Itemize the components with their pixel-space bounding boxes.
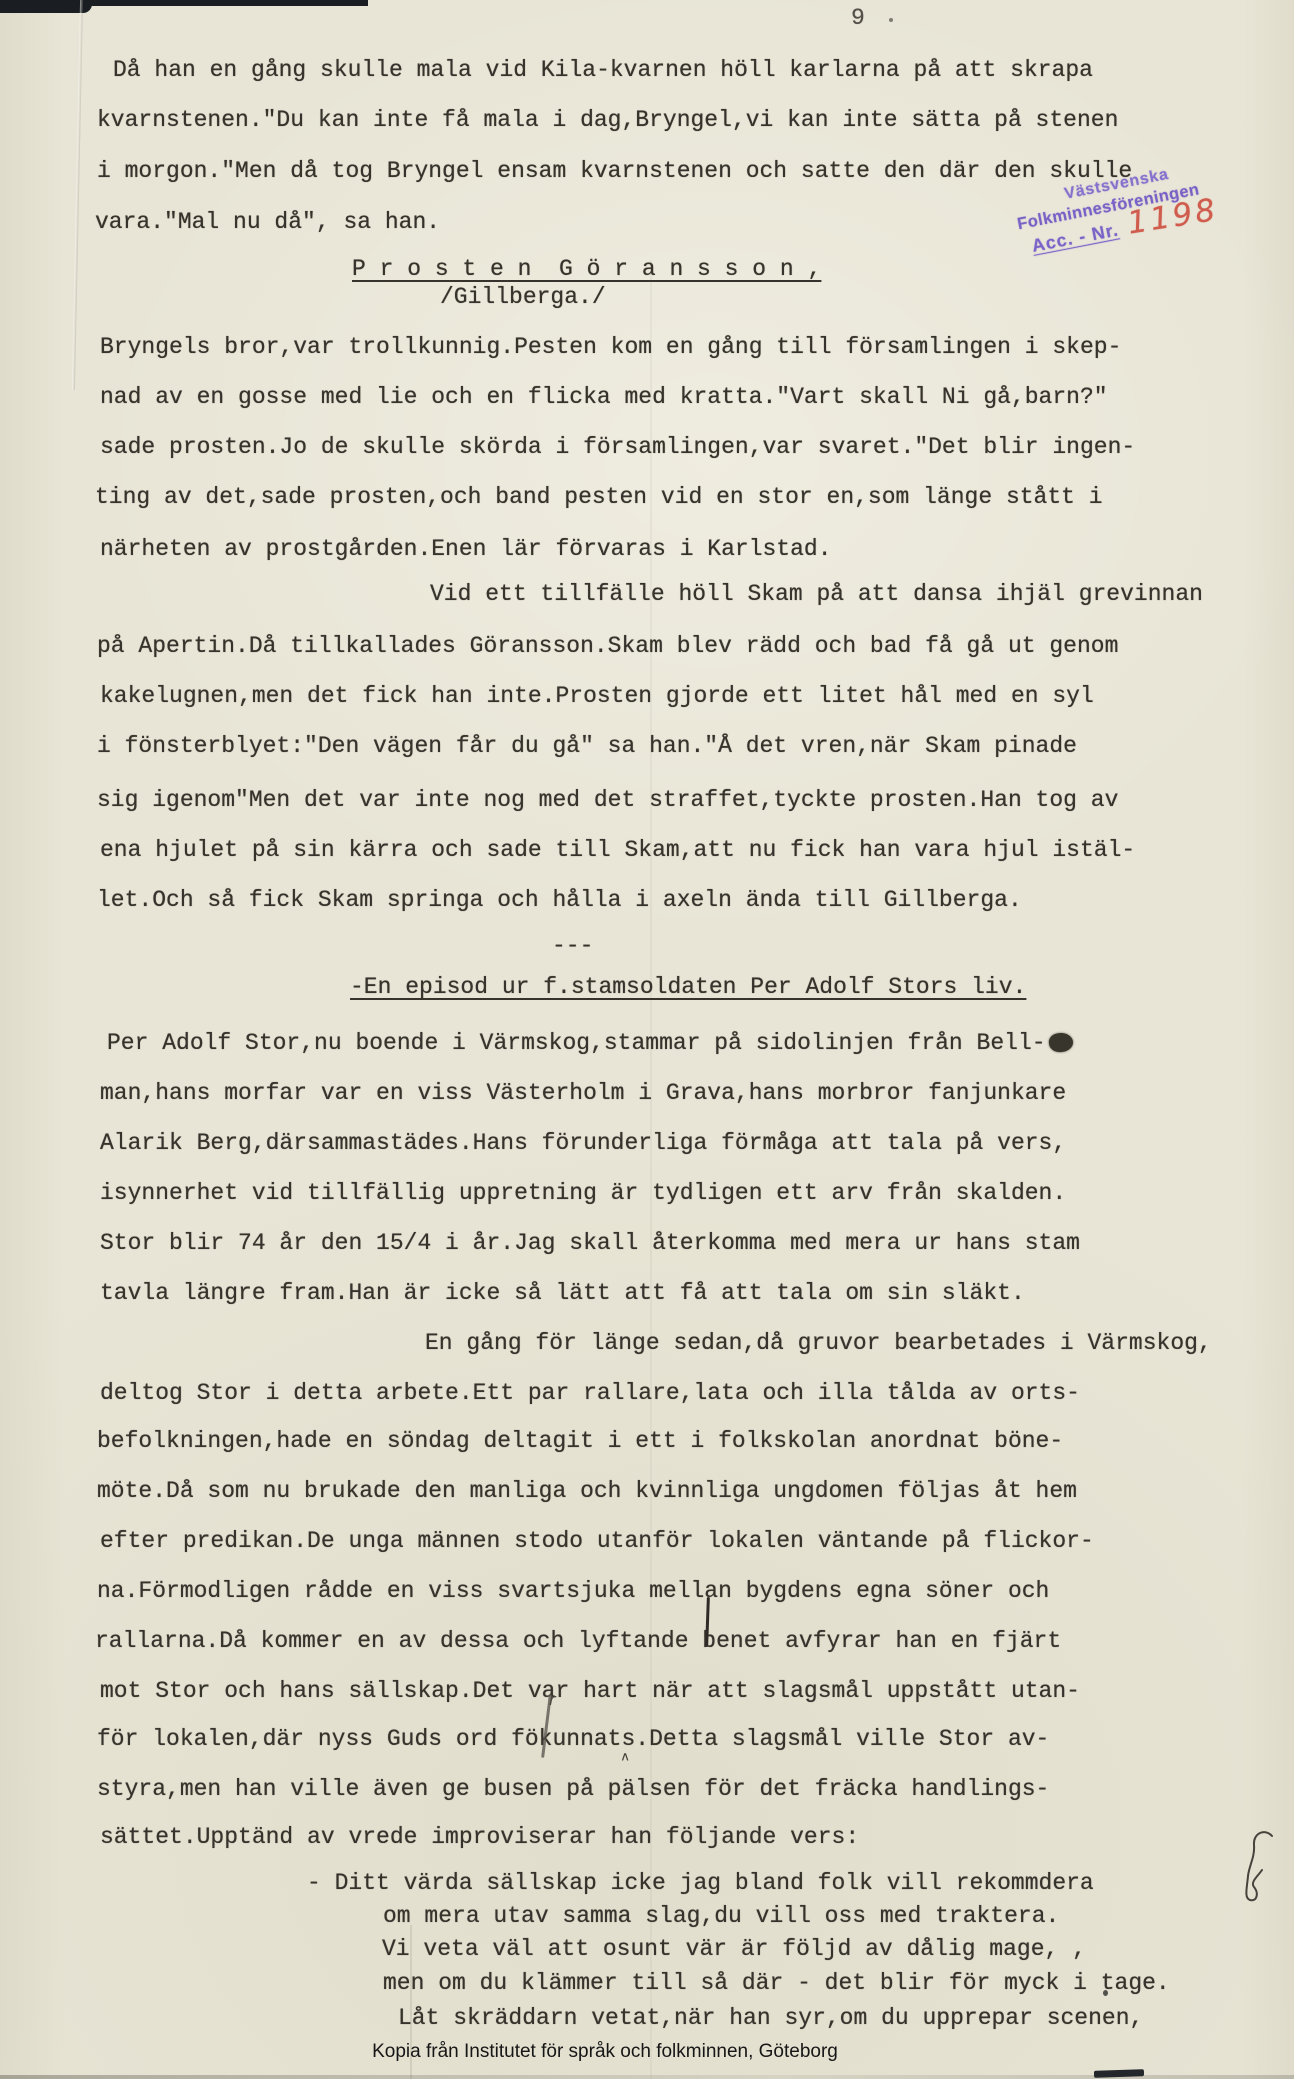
paper-crease-center (650, 260, 652, 2079)
text-line: sade prosten.Jo de skulle skörda i försa… (100, 434, 1135, 461)
separator: --- (552, 933, 593, 960)
text-line: Stor blir 74 år den 15/4 i år.Jag skall … (100, 1230, 1080, 1257)
text-line: kakelugnen,men det fick han inte.Prosten… (100, 683, 1094, 710)
text-line: mot Stor och hans sällskap.Det var hart … (100, 1678, 1080, 1705)
text-line: deltog Stor i detta arbete.Ett par ralla… (100, 1380, 1080, 1407)
text-line: Då han en gång skulle mala vid Kila-kvar… (113, 57, 1093, 84)
text-line: let.Och så fick Skam springa och hålla i… (97, 887, 1022, 914)
text-line: man,hans morfar var en viss Västerholm i… (100, 1080, 1066, 1107)
text-line: sig igenom"Men det var inte nog med det … (97, 787, 1118, 814)
text-line: för lokalen,där nyss Guds ord fökunnats.… (97, 1726, 1049, 1753)
handwritten-squiggle-mark (1238, 1830, 1280, 1908)
text-line: ena hjulet på sin kärra och sade till Sk… (100, 837, 1135, 864)
caret-mark: ∧ (620, 1750, 630, 1764)
section-heading: P r o s t e n G ö r a n s s o n , (352, 256, 821, 283)
text-line: Vid ett tillfälle höll Skam på att dansa… (430, 581, 1203, 608)
text-line: vara."Mal nu då", sa han. (95, 209, 440, 236)
text-line: tavla längre fram.Han är icke så lätt at… (100, 1280, 1025, 1307)
page-number: 9 (851, 5, 865, 31)
text-line: Alarik Berg,därsammastädes.Hans förunder… (100, 1130, 1066, 1157)
text-line: befolkningen,hade en söndag deltagit i e… (97, 1428, 1063, 1455)
text-line: nad av en gosse med lie och en flicka me… (100, 384, 1108, 411)
text-line: kvarnstenen."Du kan inte få mala i dag,B… (97, 107, 1118, 134)
page-number-speck (889, 18, 893, 22)
section-subheading: /Gillberga./ (440, 284, 606, 311)
text-line: i morgon."Men då tog Bryngel ensam kvarn… (97, 158, 1132, 185)
text-line: på Apertin.Då tillkallades Göransson.Ska… (97, 633, 1118, 660)
paper-crease-left (72, 0, 83, 390)
text-line: möte.Då som nu brukade den manliga och k… (97, 1478, 1077, 1505)
text-line: styra,men han ville även ge busen på päl… (97, 1776, 1049, 1803)
text-line: En gång för länge sedan,då gruvor bearbe… (425, 1330, 1212, 1357)
text-line: na.Förmodligen rådde en viss svartsjuka … (97, 1578, 1049, 1605)
text-line: rallarna.Då kommer en av dessa och lyfta… (95, 1628, 1061, 1655)
verse-line: men om du klämmer till så där - det blir… (383, 1970, 1170, 1997)
document-page: 9 Västsvenska Folkminnesföreningen Acc. … (0, 0, 1294, 2079)
text-line: ting av det,sade prosten,och band pesten… (95, 484, 1103, 511)
verse-line: Vi veta väl att osunt vär är följd av då… (382, 1936, 1086, 1963)
verse-line: Låt skräddarn vetat,när han syr,om du up… (398, 2005, 1143, 2032)
text-line: isynnerhet vid tillfällig uppretning är … (100, 1180, 1066, 1207)
ink-blot-overstrike (1048, 1032, 1074, 1053)
text-line: i fönsterblyet:"Den vägen får du gå" sa … (97, 733, 1077, 760)
pencil-dot (1103, 1990, 1108, 1996)
text-line: Per Adolf Stor,nu boende i Värmskog,stam… (107, 1030, 1046, 1057)
text-line: Bryngels bror,var trollkunnig.Pesten kom… (100, 334, 1121, 361)
verse-line: om mera utav samma slag,du vill oss med … (383, 1903, 1059, 1930)
archive-footer-caption: Kopia från Institutet för språk och folk… (0, 2041, 1210, 2063)
handwritten-r-mark: r (549, 1690, 556, 1709)
scan-edge-top-left-corner (0, 0, 92, 13)
section-heading: -En episod ur f.stamsoldaten Per Adolf S… (350, 974, 1026, 1001)
text-line: närheten av prostgården.Enen lär förvara… (100, 536, 832, 563)
text-line: efter predikan.De unga männen stodo utan… (100, 1528, 1094, 1555)
text-line: sättet.Upptänd av vrede improviserar han… (100, 1824, 859, 1851)
verse-line: - Ditt värda sällskap icke jag bland fol… (307, 1870, 1094, 1897)
